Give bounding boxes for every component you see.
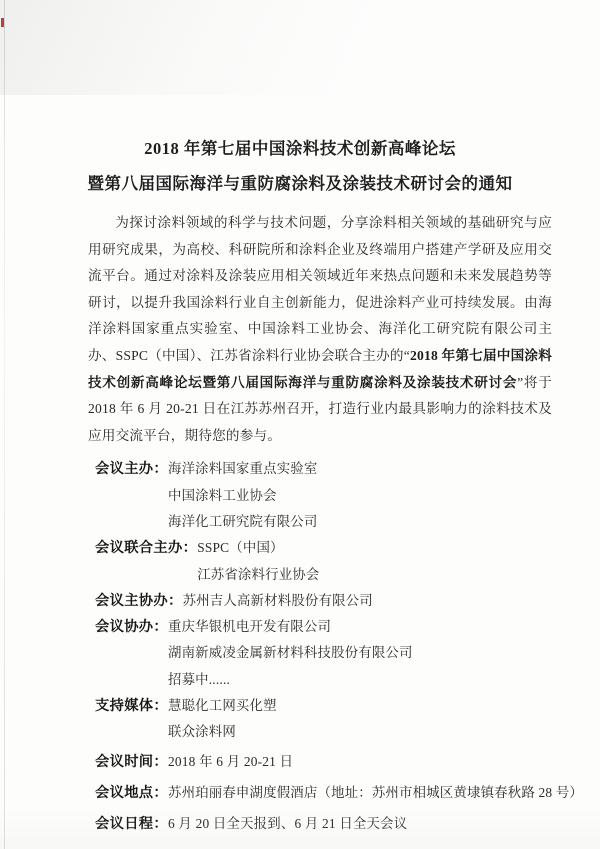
info-row-co-hosts: 会议联合主办： SSPC（中国） 江苏省涂料行业协会 xyxy=(95,535,580,588)
info-label: 会议联合主办： xyxy=(95,535,197,561)
info-value: 湖南新威凌金属新材料科技股份有限公司 xyxy=(168,640,413,666)
info-value: 苏州珀丽春申湖度假酒店（地址：苏州市相城区黄埭镇春秋路 28 号） xyxy=(168,780,580,806)
info-value: 联众涂料网 xyxy=(168,719,277,745)
info-label: 会议协办： xyxy=(95,614,168,640)
info-value: SSPC（中国） xyxy=(197,535,319,561)
info-value: 慧聪化工网买化塑 xyxy=(168,693,277,719)
info-values: 2018 年 6 月 20-21 日 xyxy=(168,749,293,775)
info-value: 2018 年 6 月 20-21 日 xyxy=(168,749,293,775)
info-label: 会议地点： xyxy=(95,780,168,806)
info-values: 重庆华银机电开发有限公司 湖南新威凌金属新材料科技股份有限公司 招募中.....… xyxy=(168,614,413,693)
info-row-main-organizer: 会议主协办： 苏州吉人高新材料股份有限公司 xyxy=(95,588,580,614)
info-value: 6 月 20 日全天报到、6 月 21 日全天会议 xyxy=(168,811,407,837)
page-edge-line xyxy=(4,0,5,849)
info-value: 招募中...... xyxy=(168,667,413,693)
info-value: 江苏省涂料行业协会 xyxy=(197,562,319,588)
info-values: 海洋涂料国家重点实验室 中国涂料工业协会 海洋化工研究院有限公司 xyxy=(168,456,318,535)
info-values: 慧聪化工网买化塑 联众涂料网 xyxy=(168,693,277,746)
info-values: 苏州吉人高新材料股份有限公司 xyxy=(183,588,373,614)
document-title: 2018 年第七届中国涂料技术创新高峰论坛 暨第八届国际海洋与重防腐涂料及涂装技… xyxy=(30,131,570,201)
info-label: 会议日程： xyxy=(95,811,168,837)
info-value: 苏州吉人高新材料股份有限公司 xyxy=(183,588,373,614)
info-label: 会议主办： xyxy=(95,456,168,482)
info-value: 中国涂料工业协会 xyxy=(168,483,318,509)
info-row-time: 会议时间： 2018 年 6 月 20-21 日 xyxy=(95,749,580,775)
info-row-media: 支持媒体： 慧聪化工网买化塑 联众涂料网 xyxy=(95,693,580,746)
info-values: 苏州珀丽春申湖度假酒店（地址：苏州市相城区黄埭镇春秋路 28 号） xyxy=(168,780,580,806)
title-line-2: 暨第八届国际海洋与重防腐涂料及涂装技术研讨会的通知 xyxy=(30,166,570,201)
intro-paragraph-lead: 为探讨涂料领域的科学与技术问题，分享涂料相关领域的基础研究与应用研究成果，为高校… xyxy=(88,215,552,363)
info-row-organizers: 会议协办： 重庆华银机电开发有限公司 湖南新威凌金属新材料科技股份有限公司 招募… xyxy=(95,614,580,693)
info-label: 会议主协办： xyxy=(95,588,183,614)
info-row-hosts: 会议主办： 海洋涂料国家重点实验室 中国涂料工业协会 海洋化工研究院有限公司 xyxy=(95,456,580,535)
info-value: 海洋化工研究院有限公司 xyxy=(168,509,318,535)
title-line-1: 2018 年第七届中国涂料技术创新高峰论坛 xyxy=(30,131,570,166)
info-value: 重庆华银机电开发有限公司 xyxy=(168,614,413,640)
info-row-location: 会议地点： 苏州珀丽春申湖度假酒店（地址：苏州市相城区黄埭镇春秋路 28 号） xyxy=(95,780,580,806)
info-label: 会议时间： xyxy=(95,749,168,775)
info-values: 6 月 20 日全天报到、6 月 21 日全天会议 xyxy=(168,811,407,837)
scanned-page: 2018 年第七届中国涂料技术创新高峰论坛 暨第八届国际海洋与重防腐涂料及涂装技… xyxy=(0,0,600,849)
info-value: 海洋涂料国家重点实验室 xyxy=(168,456,318,482)
scan-top-shading xyxy=(0,0,600,95)
info-row-schedule: 会议日程： 6 月 20 日全天报到、6 月 21 日全天会议 xyxy=(95,811,580,837)
info-values: SSPC（中国） 江苏省涂料行业协会 xyxy=(197,535,319,588)
info-label: 支持媒体： xyxy=(95,693,168,719)
intro-paragraph: 为探讨涂料领域的科学与技术问题，分享涂料相关领域的基础研究与应用研究成果，为高校… xyxy=(88,210,552,449)
info-list: 会议主办： 海洋涂料国家重点实验室 中国涂料工业协会 海洋化工研究院有限公司 会… xyxy=(95,456,580,837)
scan-red-mark xyxy=(1,18,4,27)
